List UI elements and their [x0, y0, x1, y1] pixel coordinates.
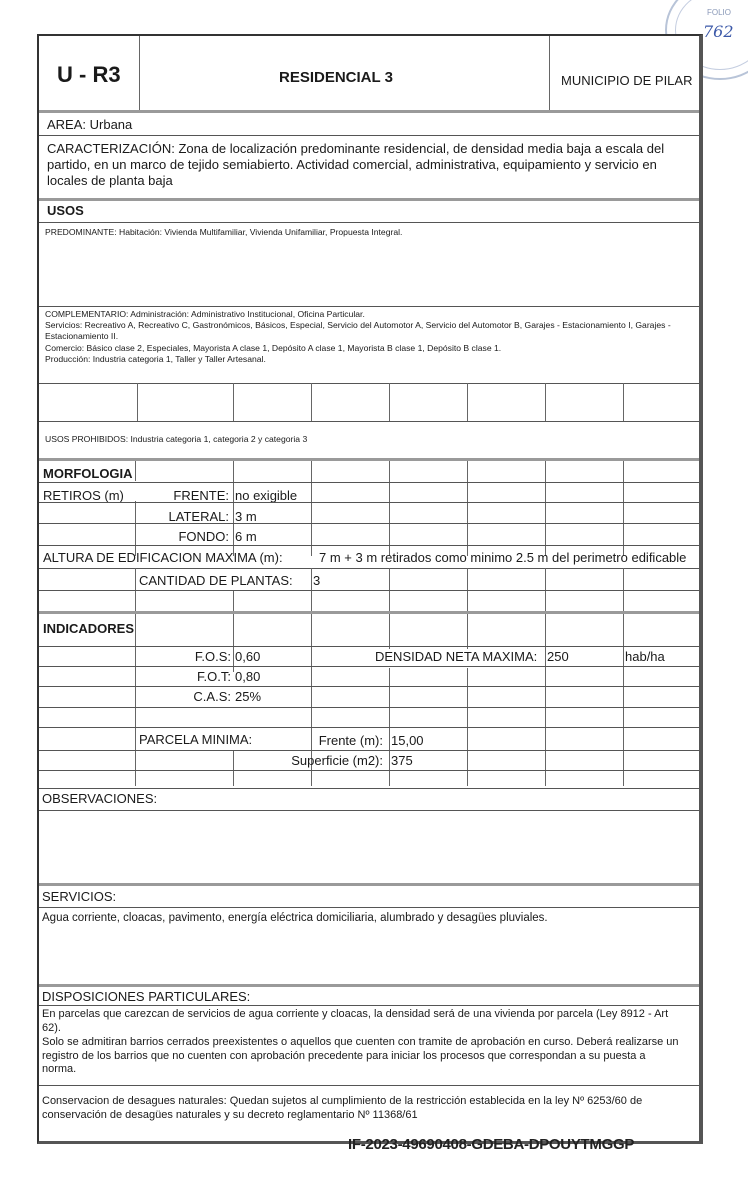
grid-line — [545, 461, 546, 556]
plantas-value: 3 — [313, 573, 320, 589]
divider — [39, 458, 699, 461]
altura-value: 7 m + 3 m retirados como minimo 2.5 m de… — [319, 550, 686, 566]
densidad-label: DENSIDAD NETA MAXIMA: — [375, 649, 537, 665]
retiro-fondo-value: 6 m — [235, 529, 257, 545]
altura-label: ALTURA DE EDIFICACION MAXIMA (m): — [43, 550, 283, 566]
area-field: AREA: Urbana — [47, 117, 132, 133]
usos-title: USOS — [47, 203, 84, 219]
municipality: MUNICIPIO DE PILAR — [561, 73, 692, 89]
divider — [39, 135, 699, 136]
divider — [39, 1085, 699, 1086]
divider — [39, 883, 699, 886]
disposicion-barrios-cerrados: Solo se admitiran barrios cerrados preex… — [42, 1036, 682, 1077]
densidad-unit: hab/ha — [625, 649, 665, 665]
plantas-label: CANTIDAD DE PLANTAS: — [139, 573, 293, 589]
morfologia-title: MORFOLOGIA — [43, 466, 133, 482]
divider — [39, 666, 699, 667]
grid-line — [389, 461, 390, 556]
divider — [39, 222, 699, 223]
grid-line — [389, 383, 390, 421]
zone-name: RESIDENCIAL 3 — [279, 69, 393, 87]
caracterizacion-text: CARACTERIZACIÓN: Zona de localización pr… — [47, 141, 697, 189]
grid-line — [137, 383, 138, 421]
zoning-sheet: U - R3 RESIDENCIAL 3 MUNICIPIO DE PILAR … — [37, 34, 703, 1144]
grid-line — [389, 614, 390, 649]
grid-line — [623, 383, 624, 421]
divider — [39, 545, 699, 546]
grid-line — [467, 383, 468, 421]
fos-label: F.O.S: — [139, 649, 231, 665]
divider — [39, 383, 699, 384]
divider — [39, 686, 699, 687]
document-id: IF-2023-49690408-GDEBA-DPOUYTMGGP — [348, 1136, 634, 1153]
divider — [39, 770, 699, 771]
divider — [39, 810, 699, 811]
grid-line — [233, 383, 234, 421]
grid-line — [467, 461, 468, 556]
grid-line — [135, 614, 136, 786]
divider — [39, 611, 699, 614]
divider — [39, 788, 699, 789]
divider — [39, 482, 699, 483]
grid-line — [311, 383, 312, 421]
parcela-frente-label: Frente (m): — [235, 733, 383, 749]
grid-line — [233, 590, 234, 612]
grid-line — [545, 614, 546, 786]
grid-line — [311, 461, 312, 556]
densidad-value: 250 — [547, 649, 569, 665]
usos-predominante: PREDOMINANTE: Habitación: Vivienda Multi… — [45, 227, 402, 237]
grid-line — [467, 614, 468, 649]
divider — [39, 568, 699, 569]
grid-line — [545, 383, 546, 421]
divider — [39, 523, 699, 524]
parcela-superficie-label: Superficie (m2): — [235, 753, 383, 769]
observaciones-title: OBSERVACIONES: — [42, 791, 157, 807]
zone-code: U - R3 — [57, 62, 121, 88]
fos-value: 0,60 — [235, 649, 260, 665]
header-divider — [139, 36, 140, 112]
divider — [39, 750, 699, 751]
fot-label: F.O.T: — [139, 669, 231, 685]
retiro-fondo-label: FONDO: — [139, 529, 229, 545]
grid-line — [135, 461, 136, 481]
usos-prohibidos: USOS PROHIBIDOS: Industria categoria 1, … — [45, 434, 307, 444]
divider — [39, 984, 699, 987]
divider — [39, 502, 699, 503]
parcela-frente-value: 15,00 — [391, 733, 424, 749]
divider — [39, 590, 699, 591]
divider — [39, 707, 699, 708]
usos-complementario-administracion: COMPLEMENTARIO: Administración: Administ… — [45, 309, 365, 319]
stamp-folio-number: 762 — [703, 22, 734, 41]
indicadores-title: INDICADORES — [43, 621, 134, 637]
divider — [39, 198, 699, 201]
fot-value: 0,80 — [235, 669, 260, 685]
disposicion-desagues: Conservacion de desagues naturales: Qued… — [42, 1094, 682, 1122]
divider — [39, 727, 699, 728]
grid-line — [135, 501, 136, 556]
parcela-superficie-value: 375 — [391, 753, 413, 769]
usos-complementario-comercio: Comercio: Básico clase 2, Especiales, Ma… — [45, 343, 501, 353]
divider — [39, 421, 699, 422]
servicios-title: SERVICIOS: — [42, 889, 116, 905]
servicios-text: Agua corriente, cloacas, pavimento, ener… — [42, 912, 548, 926]
divider — [39, 907, 699, 908]
grid-line — [233, 461, 234, 556]
cas-label: C.A.S: — [139, 689, 231, 705]
usos-complementario-servicios: Servicios: Recreativo A, Recreativo C, G… — [45, 320, 695, 342]
cas-value: 25% — [235, 689, 261, 705]
grid-line — [623, 461, 624, 556]
stamp-folio-label: FOLIO — [707, 8, 731, 17]
disposicion-densidad: En parcelas que carezcan de servicios de… — [42, 1008, 682, 1035]
usos-complementario-produccion: Producción: Industria categoria 1, Talle… — [45, 354, 266, 364]
divider — [39, 646, 699, 647]
grid-line — [233, 751, 234, 786]
disposiciones-title: DISPOSICIONES PARTICULARES: — [42, 989, 250, 1005]
grid-line — [233, 614, 234, 672]
divider — [39, 110, 699, 113]
divider — [39, 306, 699, 307]
header-divider — [549, 36, 550, 112]
divider — [39, 1005, 699, 1006]
grid-line — [623, 614, 624, 786]
